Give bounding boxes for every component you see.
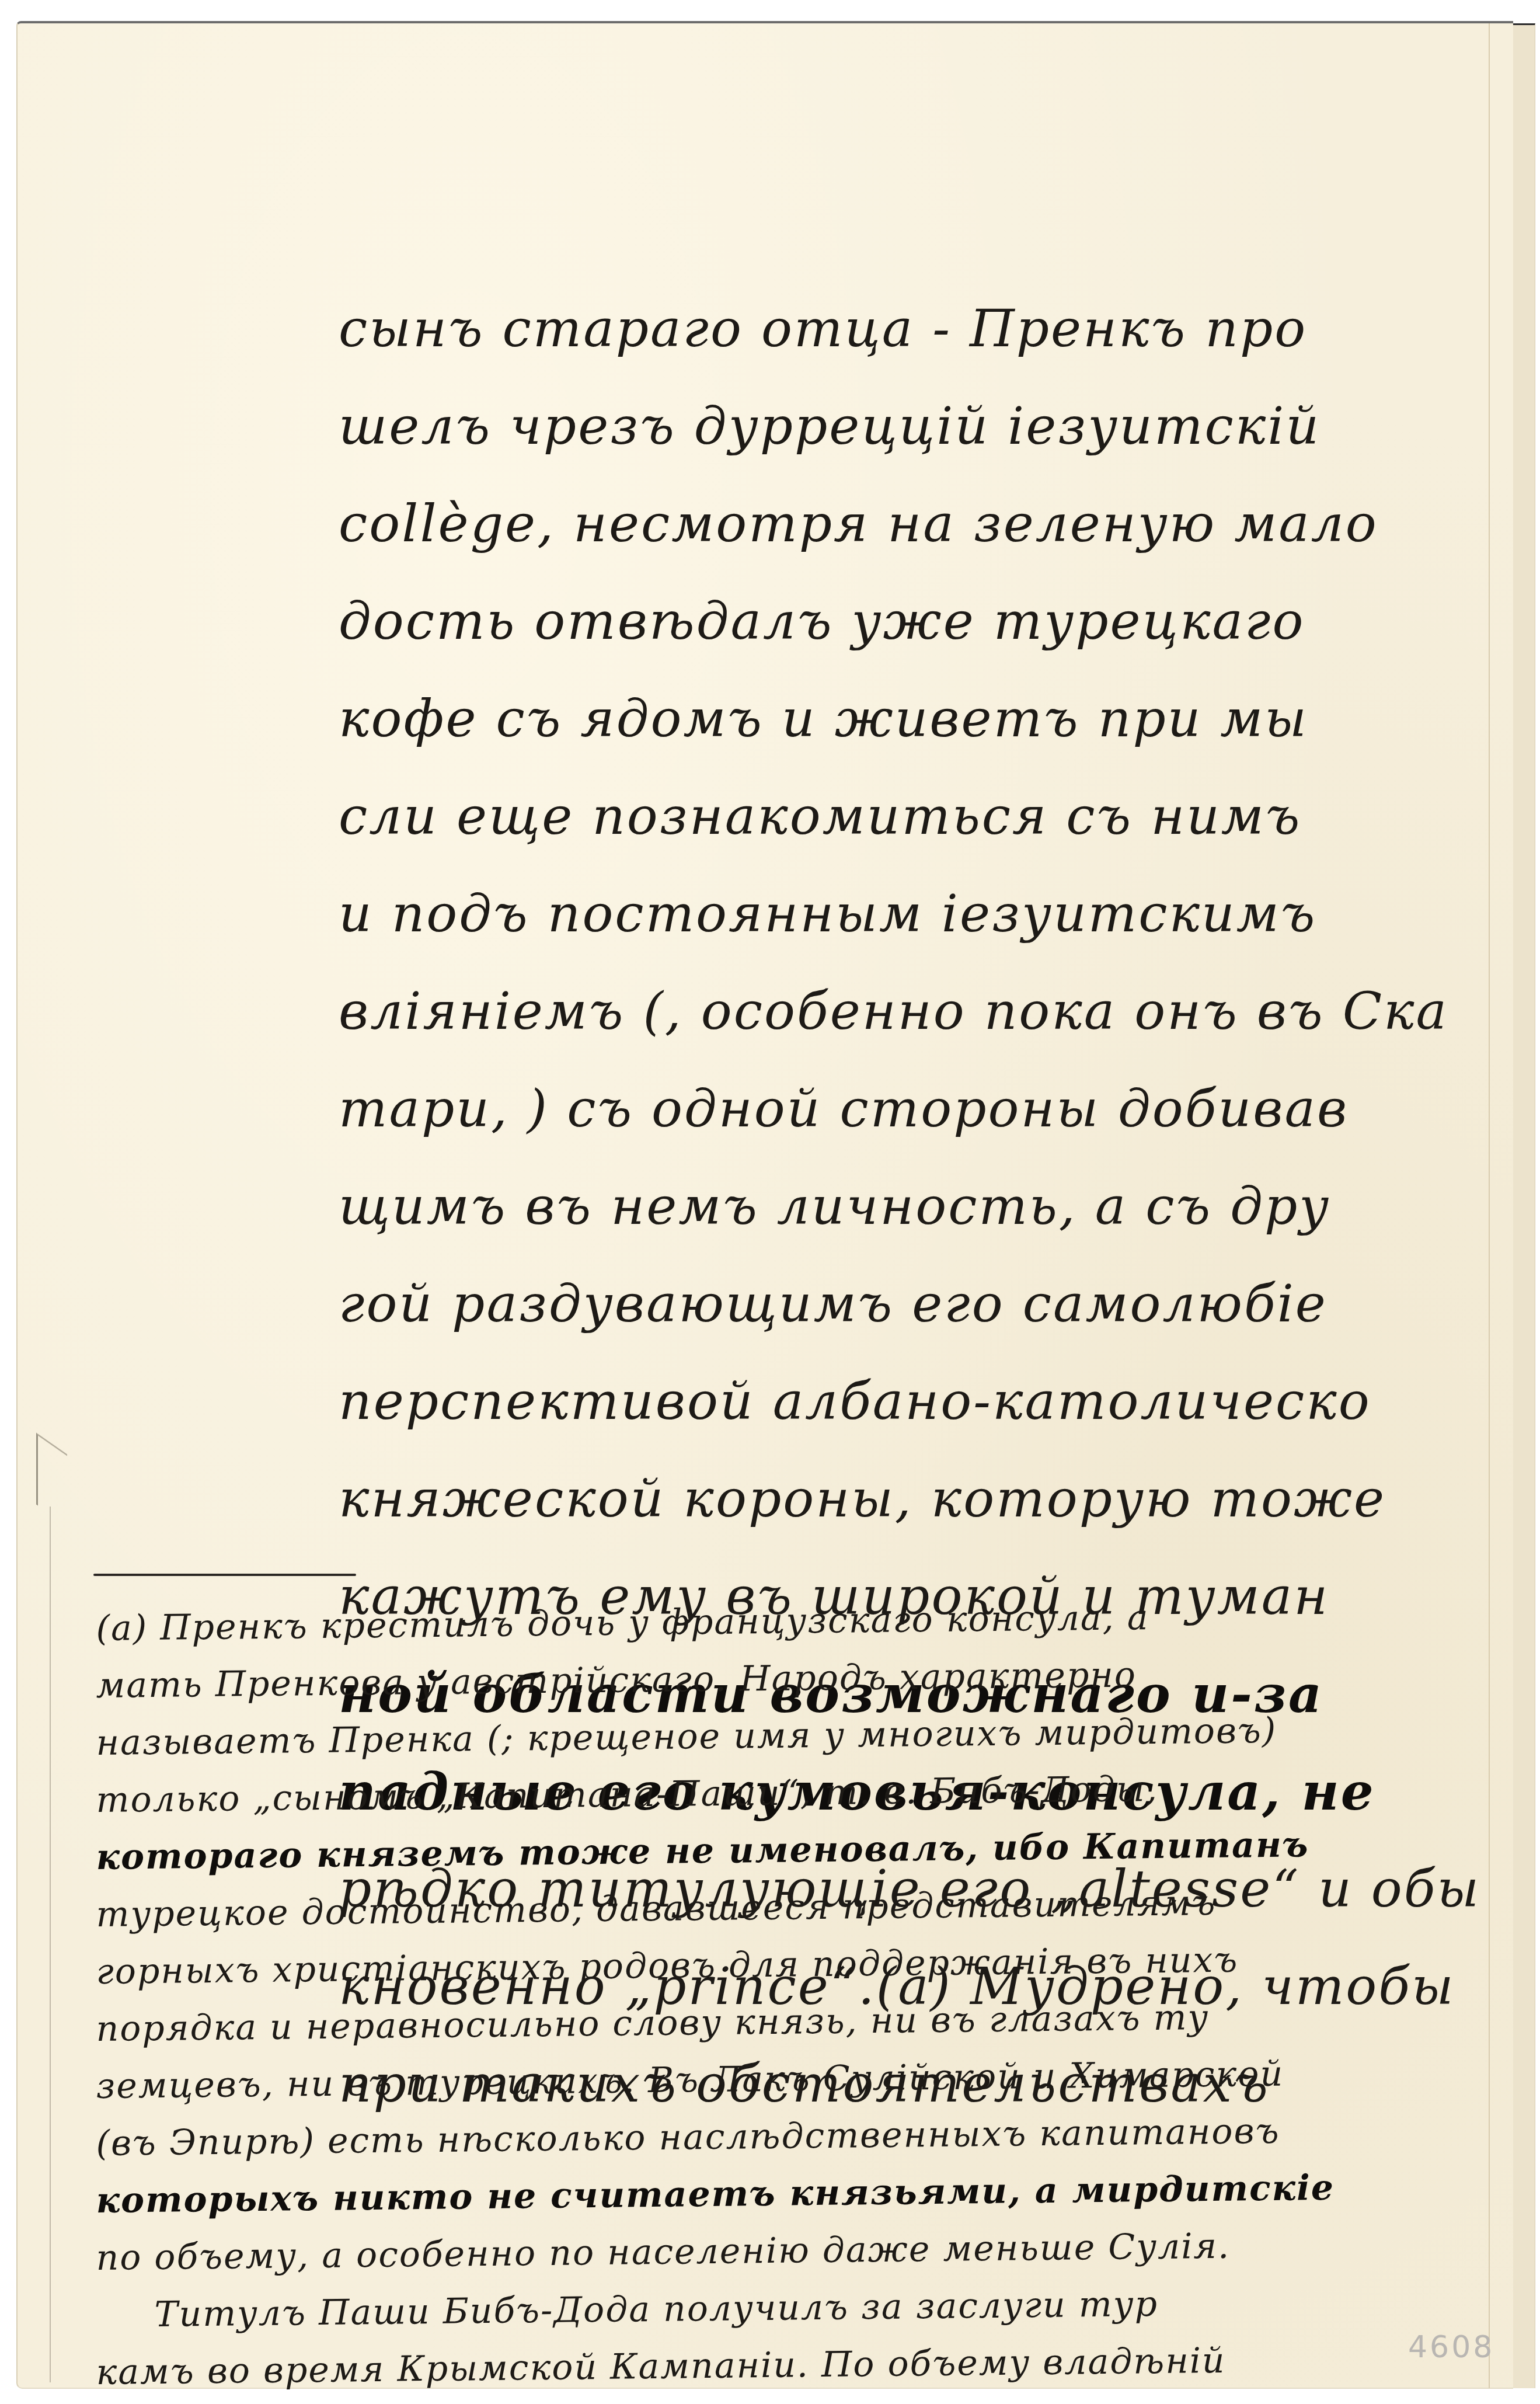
text-line: гой раздувающимъ его самолюбіе — [339, 1250, 1506, 1347]
text-line: дость отвѣдалъ уже турецкаго — [339, 567, 1506, 665]
text-line: сли еще познакомиться съ нимъ — [339, 762, 1506, 860]
folded-left-edge — [50, 1507, 51, 2382]
archive-pencil-number: 4608 — [1408, 2330, 1494, 2365]
footnote-text: (a) Пренкъ крестилъ дочь у французскаго … — [96, 1597, 1515, 2398]
text-line: тари, ) съ одной стороны добивав — [339, 1055, 1506, 1152]
text-line: и подъ постоянным іезуитскимъ — [339, 860, 1506, 957]
footnote-separator-rule — [93, 1574, 356, 1576]
text-line: перспективой албано-католическо — [339, 1347, 1506, 1445]
text-line: collège, несмотря на зеленую мало — [339, 469, 1506, 567]
text-line: вліяніемъ (, особенно пока онъ въ Ска — [339, 957, 1506, 1055]
text-line: щимъ въ немъ личность, а съ дру — [339, 1152, 1506, 1250]
text-line: кофе съ ядомъ и живетъ при мы — [339, 665, 1506, 762]
text-line: сынъ стараго отца - Пренкъ про — [339, 274, 1506, 372]
text-line: княжеской короны, которую тоже — [339, 1445, 1506, 1542]
text-line: шелъ чрезъ дурреццій іезуитскій — [339, 372, 1506, 469]
